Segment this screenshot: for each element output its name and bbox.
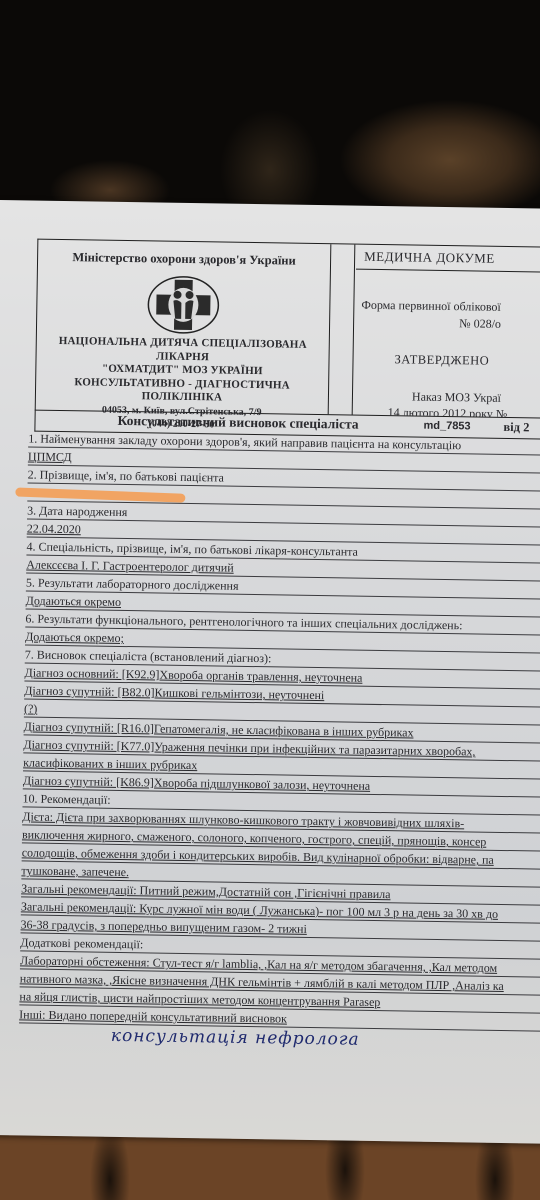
redaction-mark — [15, 488, 185, 503]
form-number: № 028/о — [355, 315, 540, 333]
form-info-block: МЕДИЧНА ДОКУМЕ Форма первинної облікової… — [354, 245, 540, 418]
background-fabric-top — [0, 0, 540, 220]
header-divider-column — [328, 244, 356, 414]
medical-documentation-heading: МЕДИЧНА ДОКУМЕ — [356, 245, 540, 273]
institution-block: Міністерство охорони здоров'я України НА… — [36, 240, 332, 415]
document-id: md_7853 — [423, 420, 470, 433]
document-header: Міністерство охорони здоров'я України НА… — [35, 239, 540, 419]
okhmatdyt-logo-icon — [146, 274, 221, 335]
document-sheet: Міністерство охорони здоров'я України НА… — [0, 200, 540, 1144]
form-label: Форма первинної облікової — [355, 298, 540, 316]
document-date-label: від 2 — [503, 420, 529, 435]
handwritten-note: консультація нефролога — [111, 1029, 540, 1051]
form-fields: 1. Найменування закладу охорони здоров'я… — [19, 431, 540, 1050]
approved-label: ЗАТВЕРДЖЕНО — [354, 352, 540, 370]
document-title: Консультативний висновок спеціаліста — [117, 413, 358, 433]
hospital-name: НАЦІОНАЛЬНА ДИТЯЧА СПЕЦІАЛІЗОВАНА ЛІКАРН… — [36, 335, 329, 407]
ministry-title: Міністерство охорони здоров'я України — [38, 250, 330, 270]
